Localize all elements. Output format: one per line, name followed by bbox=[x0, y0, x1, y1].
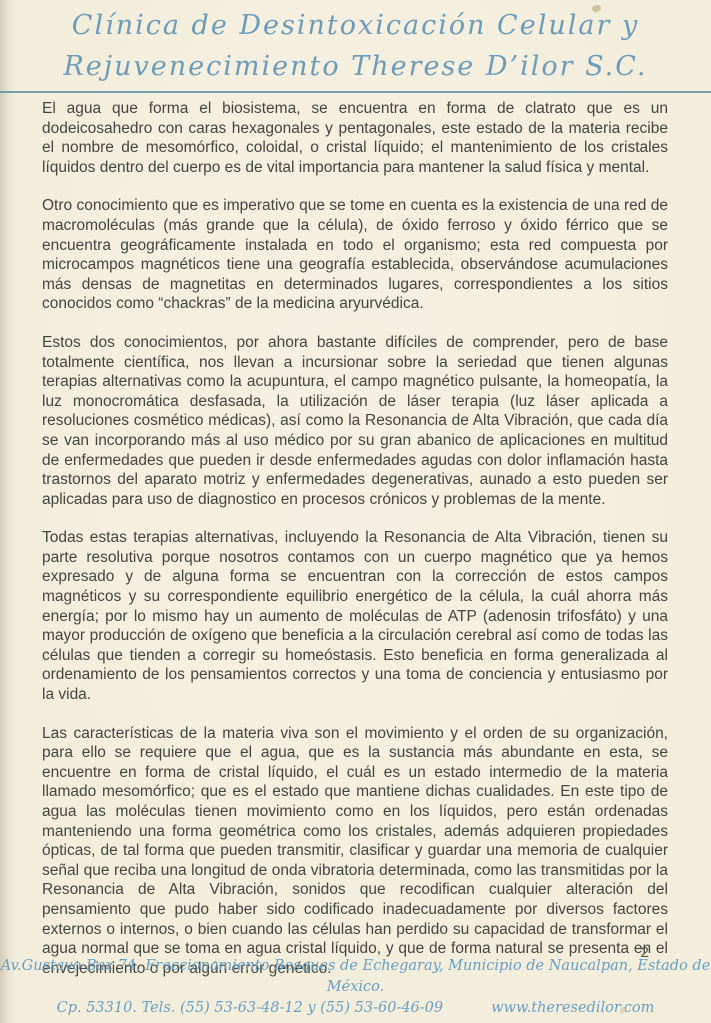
body-paragraph-2: Otro conocimiento que es imperativo que … bbox=[42, 196, 668, 314]
footer-contact-line: Cp. 53310. Tels. (55) 53-63-48-12 y (55)… bbox=[0, 998, 711, 1019]
document-body: El agua que forma el biosistema, se encu… bbox=[42, 99, 668, 997]
scanned-document-page: Clínica de Desintoxicación Celular y Rej… bbox=[0, 0, 711, 1023]
body-paragraph-4: Todas estas terapias alternativas, inclu… bbox=[42, 528, 668, 704]
body-paragraph-5: Las características de la materia viva s… bbox=[42, 724, 668, 979]
body-paragraph-3: Estos dos conocimientos, por ahora basta… bbox=[42, 333, 668, 509]
header-divider-line bbox=[0, 91, 711, 93]
footer-address-line: Av.Gustavo Baz 74, Fraccionamiento Bosqu… bbox=[0, 956, 711, 998]
clinic-name-line1: Clínica de Desintoxicación Celular y bbox=[0, 5, 711, 46]
footer-website: www.theresedilor.com bbox=[491, 998, 654, 1019]
footer-phones: Cp. 53310. Tels. (55) 53-63-48-12 y (55)… bbox=[57, 998, 444, 1019]
document-footer: Av.Gustavo Baz 74, Fraccionamiento Bosqu… bbox=[0, 956, 711, 1019]
clinic-name-line2: Rejuvenecimiento Therese D’ilor S.C. bbox=[0, 46, 711, 87]
body-paragraph-1: El agua que forma el biosistema, se encu… bbox=[42, 99, 668, 177]
clinic-header: Clínica de Desintoxicación Celular y Rej… bbox=[0, 5, 711, 87]
